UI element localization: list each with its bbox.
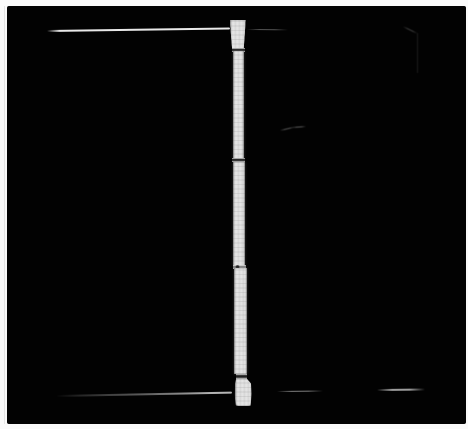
slide-edge-top-line-right [247,29,288,30]
faint-scratch-top-right-tail [417,33,418,73]
specimen-segment-2 [233,51,245,159]
slide-edge-bottom-line [56,392,232,397]
faint-scratch-mark-2 [292,126,306,128]
specimen-node [236,374,247,380]
specimen-segment-bottom-flare [235,379,252,407]
paper-margin-streak [4,6,5,424]
slide-edge-top-line [47,27,230,32]
specimen-segment-3 [233,162,246,266]
specimen-segment-4 [234,268,247,374]
slide-edge-bottom-line-right-1 [277,391,323,393]
slide-edge-bottom-line-right-2 [377,388,425,390]
specimen-segment-top-flare [230,20,247,49]
specimen-scene [0,0,468,429]
faint-scratch-top-right [403,26,418,34]
